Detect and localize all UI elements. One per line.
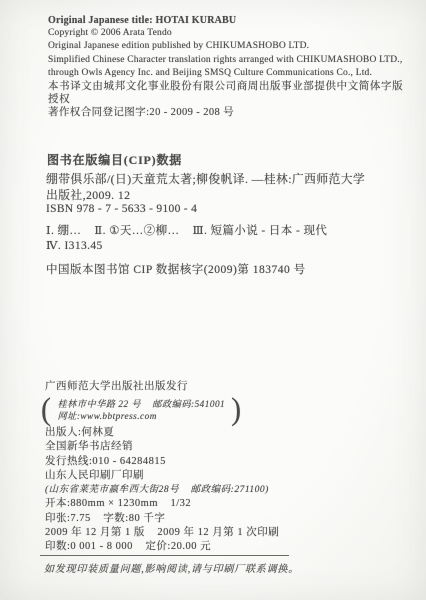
right-paren-glyph: ) [231, 394, 242, 426]
colophon-line-sheets-words: 印张:7.75 字数:80 千字 [45, 512, 279, 526]
cip-header: 图书在版编目(CIP)数据 [47, 151, 182, 168]
copyright-line: Original Japanese edition published by C… [48, 40, 408, 53]
colophon-line-edition: 2009 年 12 月第 1 版 2009 年 12 月第 1 次印刷 [45, 526, 279, 540]
publisher-website-line: 网址:www.bbtpress.com [58, 410, 226, 423]
publisher-address-line: 桂林市中华路 22 号 邮政编码:541001 [58, 398, 226, 411]
quality-notice-line: 如发现印装质量问题,影响阅读,请与印刷厂联系调换。 [44, 560, 299, 575]
colophon-line-distribution: 全国新华书店经销 [45, 440, 279, 454]
cip-record-line: 出版社,2009. 12 [46, 188, 396, 204]
cip-record-block: 绷带俱乐部/(日)天童荒太著;柳俊帆译. —桂林:广西师范大学 出版社,2009… [46, 172, 396, 203]
copyright-line: through Owls Agency Inc. and Beijing SMS… [48, 67, 408, 80]
publisher-line: 广西师范大学出版社出版发行 [45, 380, 279, 394]
colophon-line-printer: 山东人民印刷厂印刷 [45, 469, 279, 483]
book-copyright-page: Original Japanese title: HOTAI KURABU Co… [0, 0, 426, 600]
colophon-line-printrun-price: 印数:0 001 - 8 000 定价:20.00 元 [45, 540, 279, 554]
copyright-line: Simplified Chinese Character translation… [48, 54, 408, 67]
chinese-rights-line: 本书译文由城邦文化事业股份有限公司商周出版事业部提供中文简体字版授权 [48, 80, 408, 106]
cip-record-line: 绷带俱乐部/(日)天童荒太著;柳俊帆译. —桂林:广西师范大学 [46, 172, 396, 188]
colophon-line-format: 开本:880mm × 1230mm 1/32 [45, 497, 279, 511]
colophon-line-hotline: 发行热线:010 - 64284815 [45, 455, 279, 469]
registration-number-line: 著作权合同登记图字:20 - 2009 - 208 号 [48, 104, 234, 119]
colophon-block: 广西师范大学出版社出版发行 ( 桂林市中华路 22 号 邮政编码:541001 … [45, 380, 279, 555]
copyright-line: Copyright © 2006 Arata Tendo [48, 27, 408, 40]
cip-class-number-line: Ⅳ. I313.45 [46, 238, 103, 252]
cip-verification-line: 中国版本图书馆 CIP 数据核字(2009)第 183740 号 [46, 261, 306, 277]
left-paren-glyph: ( [41, 394, 52, 426]
isbn-line: ISBN 978 - 7 - 5633 - 9100 - 4 [46, 203, 197, 215]
original-title-line: Original Japanese title: HOTAI KURABU [48, 14, 408, 27]
colophon-line-publisher-person: 出版人:何林夏 [45, 426, 279, 440]
publisher-address-block: ( 桂林市中华路 22 号 邮政编码:541001 网址:www.bbtpres… [41, 395, 279, 425]
publisher-address-lines: 桂林市中华路 22 号 邮政编码:541001 网址:www.bbtpress.… [58, 398, 226, 423]
colophon-line-printer-address: (山东省莱芜市嬴牟西大街28号 邮政编码:271100) [45, 483, 279, 497]
copyright-block: Original Japanese title: HOTAI KURABU Co… [48, 14, 408, 106]
cip-classification-line: Ⅰ. 绷… Ⅱ. ①天…②柳… Ⅲ. 短篇小说 - 日本 - 现代 [46, 222, 327, 238]
divider-rule [40, 555, 289, 556]
